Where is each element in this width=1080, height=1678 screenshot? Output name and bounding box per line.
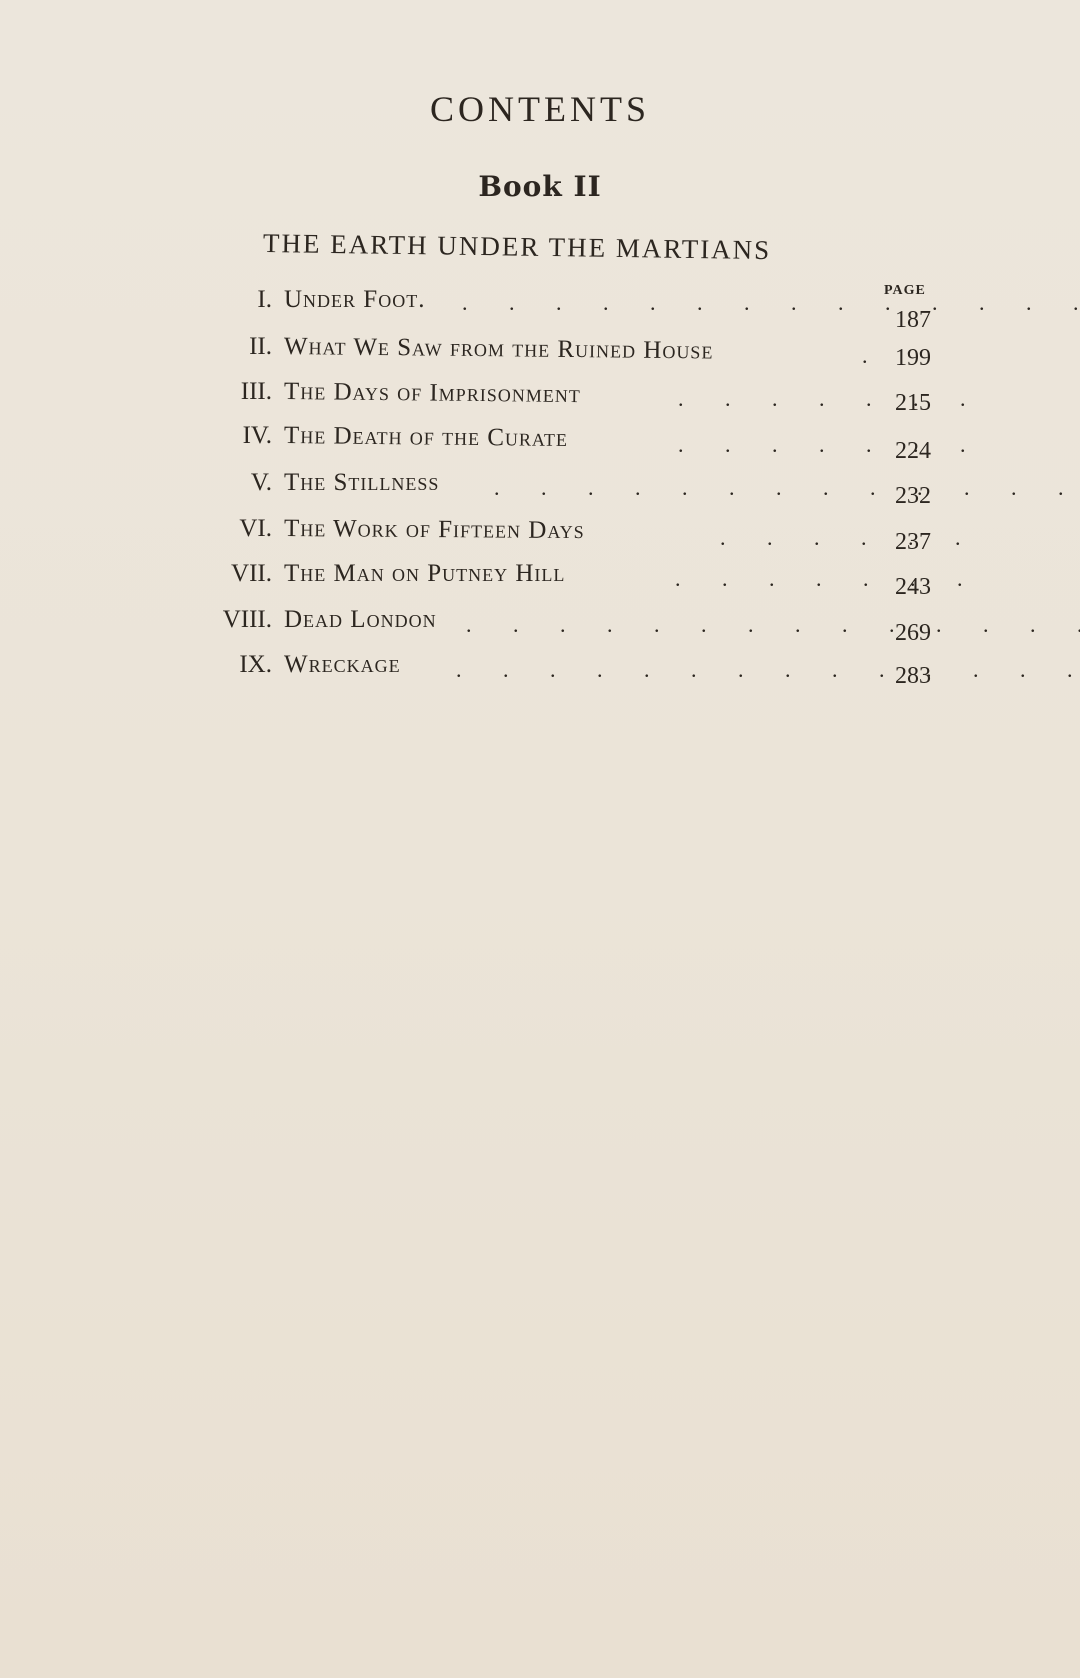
- chapter-numeral: VII.: [231, 560, 272, 588]
- page-number: 199: [895, 345, 931, 372]
- chapter-numeral: V.: [251, 469, 272, 497]
- toc-row: IV. The Death of the Curate . . . . . . …: [0, 422, 1080, 462]
- chapter-numeral: VIII.: [223, 606, 272, 634]
- toc-row: VII. The Man on Putney Hill . . . . . . …: [0, 560, 1080, 600]
- toc-row: II. What We Saw from the Ruined House . …: [0, 333, 1080, 373]
- book-subtitle: THE EARTH UNDER THE MARTIANS: [263, 228, 772, 266]
- chapter-numeral: IV.: [243, 422, 272, 450]
- toc-row: V. The Stillness . . . . . . . . . . . .…: [0, 469, 1080, 509]
- leader-dots: . . . . . . . . . . . . . . . .: [456, 657, 1080, 683]
- chapter-title: The Death of the Curate: [284, 422, 568, 453]
- leader-dots: .: [862, 343, 886, 369]
- page-number: 232: [895, 483, 931, 510]
- page-number: 237: [895, 529, 931, 556]
- toc-row: III. The Days of Imprisonment . . . . . …: [0, 378, 1080, 418]
- book-heading: Book II: [0, 170, 1080, 203]
- leader-dots: . . . . . . . . . . . . . . .: [462, 290, 1080, 316]
- toc-row: VI. The Work of Fifteen Days . . . . . .…: [0, 515, 1080, 555]
- chapter-title: The Work of Fifteen Days: [284, 515, 585, 545]
- chapter-title: The Days of Imprisonment: [284, 378, 581, 409]
- chapter-numeral: III.: [241, 378, 272, 406]
- page-title: CONTENTS: [0, 88, 1080, 130]
- chapter-numeral: I.: [257, 286, 272, 314]
- page-number: 243: [895, 574, 931, 601]
- toc-row: VIII. Dead London . . . . . . . . . . . …: [0, 606, 1080, 646]
- leader-dots: . . . . . . .: [678, 432, 984, 458]
- chapter-numeral: VI.: [239, 515, 272, 543]
- leader-dots: . . . . . . . . . . . . . . .: [466, 612, 1080, 638]
- page-number: 187: [895, 307, 931, 334]
- leader-dots: . . . . . . . . . . . . . .: [494, 475, 1080, 501]
- page-number: 215: [895, 390, 931, 417]
- chapter-title: Dead London: [284, 606, 437, 634]
- toc-row: I. Under Foot. . . . . . . . . . . . . .…: [0, 286, 1080, 326]
- chapter-title: Wreckage: [284, 651, 401, 679]
- chapter-title: What We Saw from the Ruined House: [284, 333, 714, 365]
- chapter-title: The Man on Putney Hill: [284, 560, 565, 588]
- chapter-numeral: IX.: [239, 651, 272, 679]
- leader-dots: . . . . . .: [720, 525, 979, 551]
- book-page: CONTENTS Book II THE EARTH UNDER THE MAR…: [0, 0, 1080, 1678]
- page-number: 224: [895, 438, 931, 465]
- chapter-title: Under Foot.: [284, 286, 425, 314]
- toc-row: IX. Wreckage . . . . . . . . . . . . . .…: [0, 651, 1080, 691]
- leader-dots: . . . . . . .: [675, 566, 981, 592]
- page-number: 283: [895, 663, 931, 690]
- chapter-numeral: II.: [249, 333, 272, 361]
- page-number: 269: [895, 620, 931, 647]
- leader-dots: . . . . . . .: [678, 386, 984, 412]
- chapter-title: The Stillness: [284, 469, 439, 497]
